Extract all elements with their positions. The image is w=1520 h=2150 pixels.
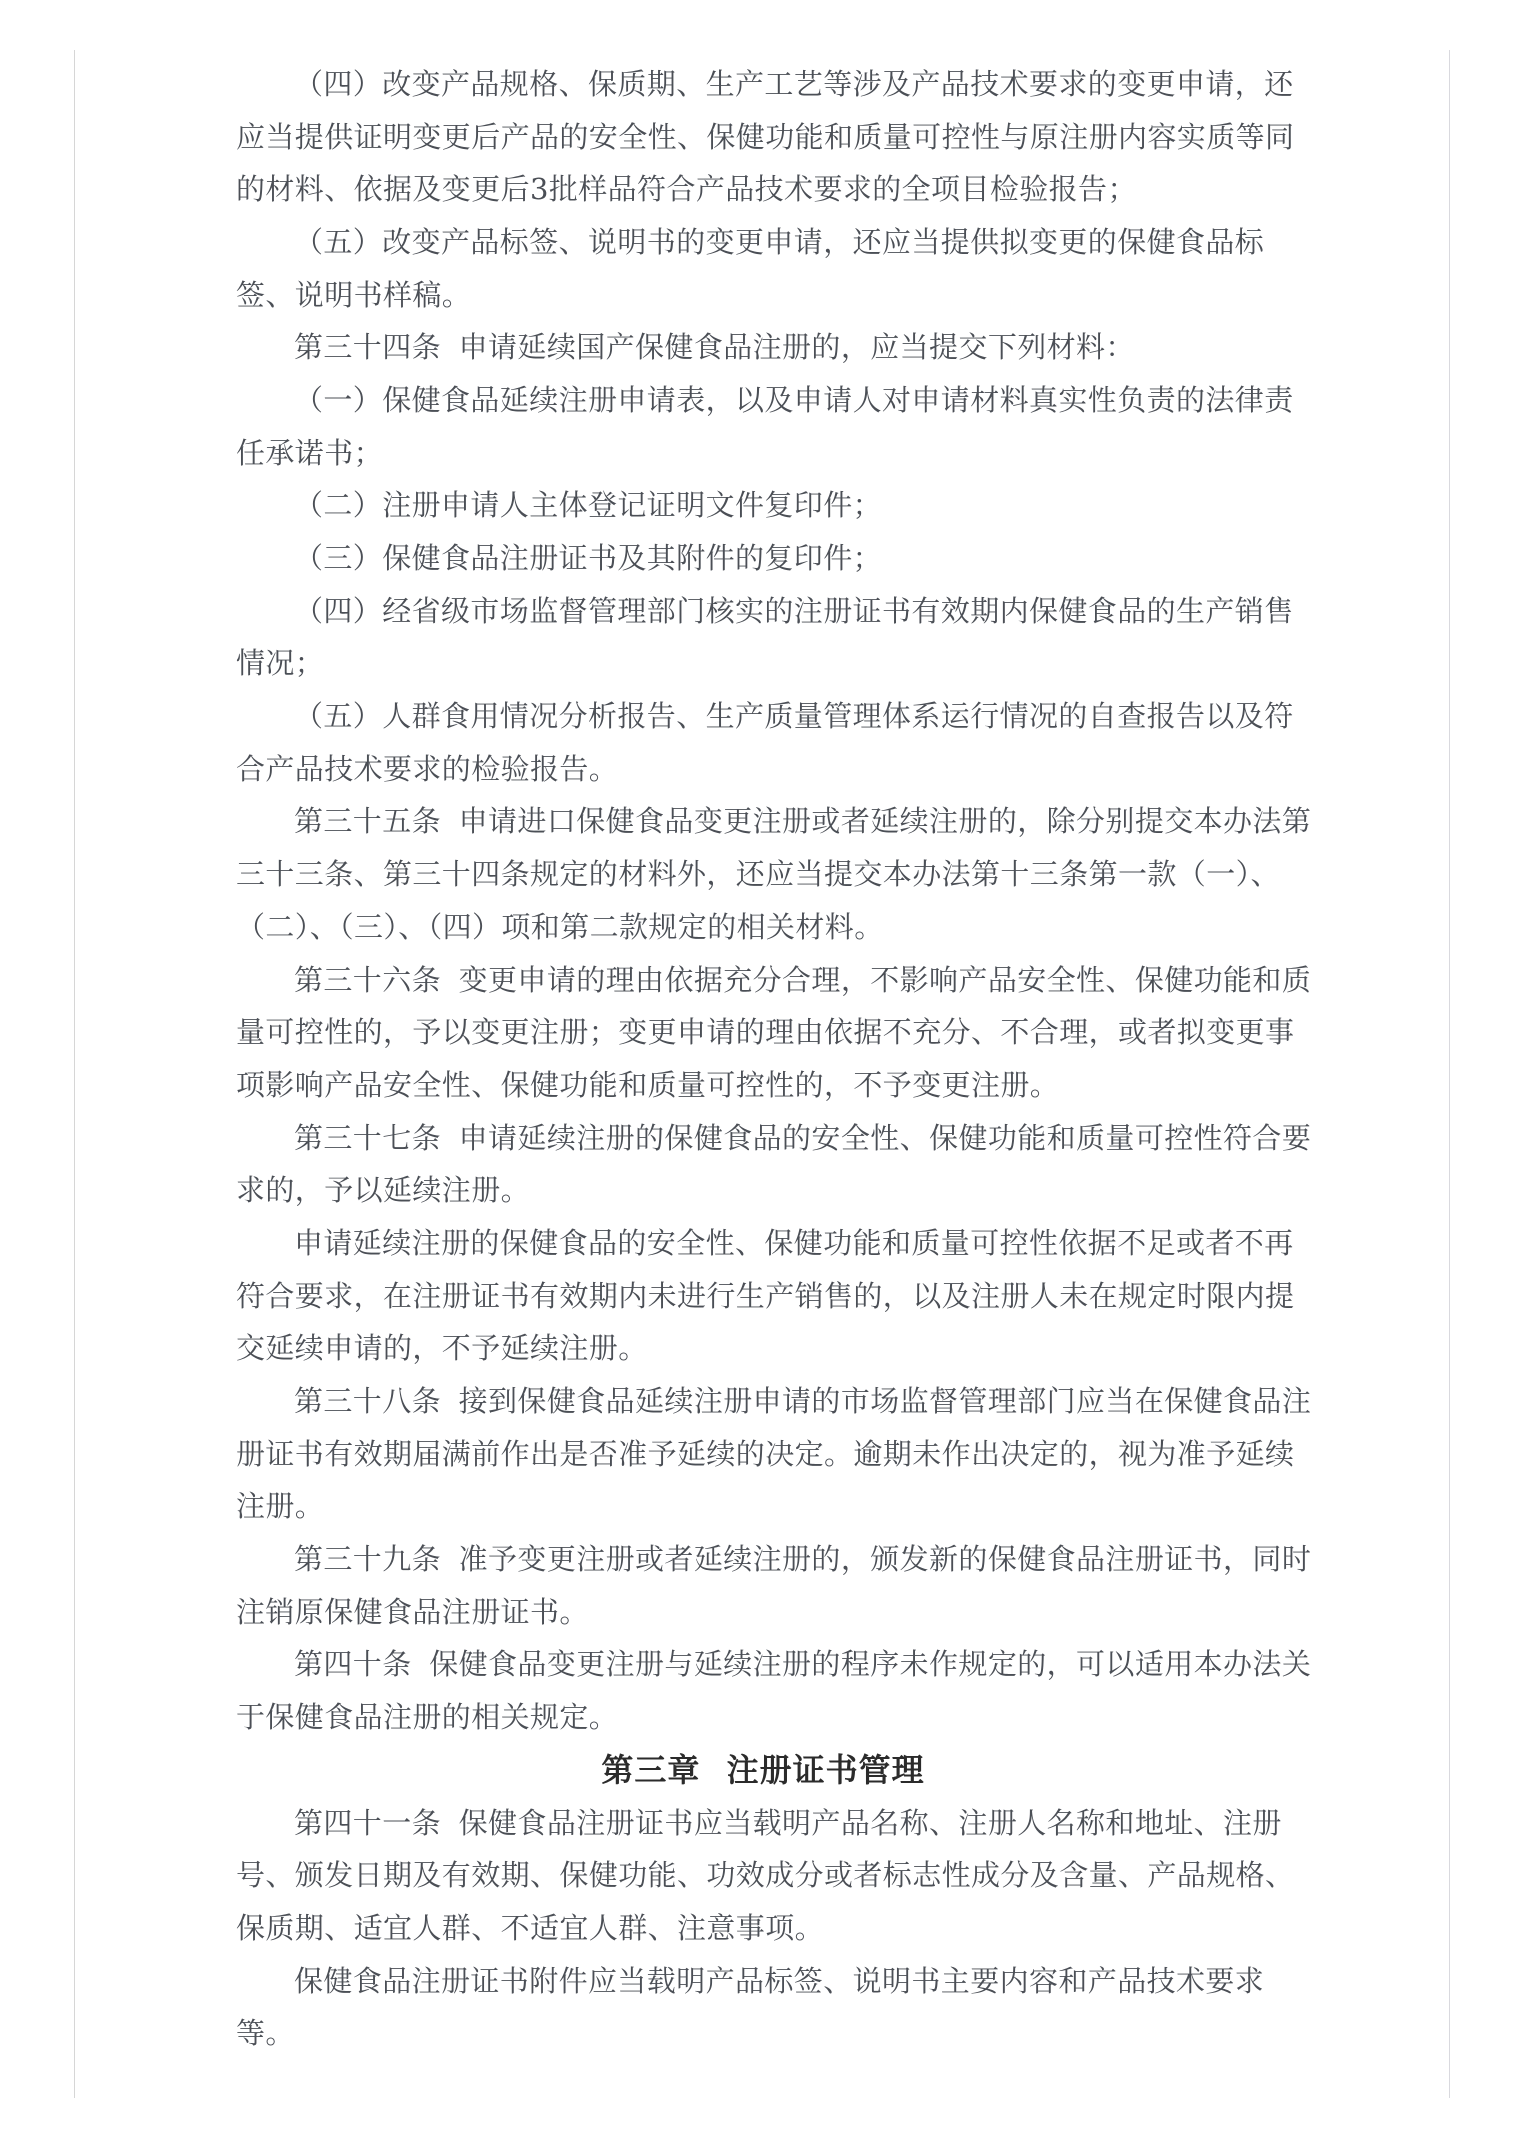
document-line: 册证书有效期届满前作出是否准予延续的决定。逾期未作出决定的，视为准予延续: [236, 1426, 1290, 1479]
document-line: 交延续申请的，不予延续注册。: [236, 1321, 1290, 1374]
document-line: 号、颁发日期及有效期、保健功能、功效成分或者标志性成分及含量、产品规格、: [236, 1847, 1290, 1900]
document-body: （四）改变产品规格、保质期、生产工艺等涉及产品技术要求的变更申请，还应当提供证明…: [236, 56, 1290, 2058]
document-line: 任承诺书；: [236, 425, 1290, 478]
document-line: 保健食品注册证书附件应当载明产品标签、说明书主要内容和产品技术要求: [236, 1953, 1290, 2006]
document-line: 合产品技术要求的检验报告。: [236, 741, 1290, 794]
document-line: 第三十四条 申请延续国产保健食品注册的，应当提交下列材料：: [236, 319, 1290, 372]
document-line: 第三十七条 申请延续注册的保健食品的安全性、保健功能和质量可控性符合要: [236, 1110, 1290, 1163]
document-line: （三）保健食品注册证书及其附件的复印件；: [236, 530, 1290, 583]
document-line: 签、说明书样稿。: [236, 267, 1290, 320]
document-line: （二）、（三）、（四）项和第二款规定的相关材料。: [236, 899, 1290, 952]
document-line: （一）保健食品延续注册申请表，以及申请人对申请材料真实性负责的法律责: [236, 372, 1290, 425]
document-line: 保质期、适宜人群、不适宜人群、注意事项。: [236, 1900, 1290, 1953]
document-line: （五）人群食用情况分析报告、生产质量管理体系运行情况的自查报告以及符: [236, 688, 1290, 741]
document-line: 应当提供证明变更后产品的安全性、保健功能和质量可控性与原注册内容实质等同: [236, 109, 1290, 162]
document-line: （五）改变产品标签、说明书的变更申请，还应当提供拟变更的保健食品标: [236, 214, 1290, 267]
document-line: 量可控性的，予以变更注册；变更申请的理由依据不充分、不合理，或者拟变更事: [236, 1004, 1290, 1057]
document-line: 情况；: [236, 636, 1290, 689]
document-line: （四）改变产品规格、保质期、生产工艺等涉及产品技术要求的变更申请，还: [236, 56, 1290, 109]
document-line: 注销原保健食品注册证书。: [236, 1584, 1290, 1637]
document-line: （二）注册申请人主体登记证明文件复印件；: [236, 478, 1290, 531]
document-line: 的材料、依据及变更后3批样品符合产品技术要求的全项目检验报告；: [236, 161, 1290, 214]
document-line: 等。: [236, 2005, 1290, 2058]
document-line: （四）经省级市场监督管理部门核实的注册证书有效期内保健食品的生产销售: [236, 583, 1290, 636]
document-line: 项影响产品安全性、保健功能和质量可控性的，不予变更注册。: [236, 1057, 1290, 1110]
document-line: 第三十六条 变更申请的理由依据充分合理，不影响产品安全性、保健功能和质: [236, 952, 1290, 1005]
document-line: 求的，予以延续注册。: [236, 1162, 1290, 1215]
document-line: 符合要求，在注册证书有效期内未进行生产销售的，以及注册人未在规定时限内提: [236, 1268, 1290, 1321]
document-line: 第四十一条 保健食品注册证书应当载明产品名称、注册人名称和地址、注册: [236, 1795, 1290, 1848]
chapter-heading: 第三章 注册证书管理: [236, 1742, 1290, 1795]
document-line: 第三十八条 接到保健食品延续注册申请的市场监督管理部门应当在保健食品注: [236, 1373, 1290, 1426]
document-line: 第三十九条 准予变更注册或者延续注册的，颁发新的保健食品注册证书，同时: [236, 1531, 1290, 1584]
document-line: 注册。: [236, 1479, 1290, 1532]
page-left-border: [74, 50, 75, 2098]
document-line: 第四十条 保健食品变更注册与延续注册的程序未作规定的，可以适用本办法关: [236, 1637, 1290, 1690]
page-right-border: [1449, 50, 1450, 2098]
document-line: 申请延续注册的保健食品的安全性、保健功能和质量可控性依据不足或者不再: [236, 1215, 1290, 1268]
document-line: 第三十五条 申请进口保健食品变更注册或者延续注册的，除分别提交本办法第: [236, 794, 1290, 847]
document-line: 三十三条、第三十四条规定的材料外，还应当提交本办法第十三条第一款（一）、: [236, 846, 1290, 899]
document-line: 于保健食品注册的相关规定。: [236, 1689, 1290, 1742]
